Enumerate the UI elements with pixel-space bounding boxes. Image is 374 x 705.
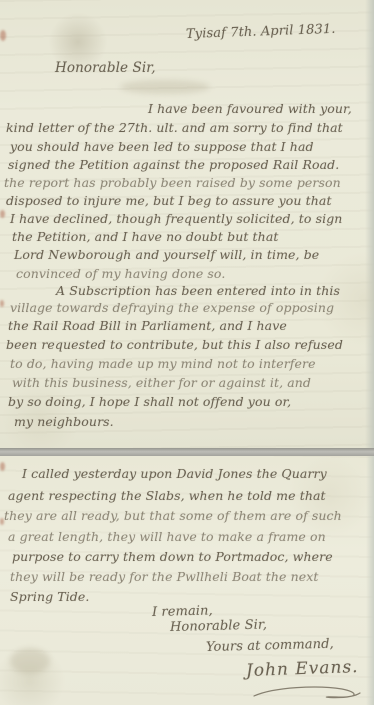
handwritten-line: I have declined, though frequently solic… bbox=[10, 211, 342, 226]
handwritten-line: by so doing, I hope I shall not offend y… bbox=[8, 394, 291, 409]
letter-scan: Tyisaf 7th. April 1831. Honorable Sir, I… bbox=[0, 0, 374, 705]
paper-stain bbox=[10, 648, 50, 674]
closing-line: I remain, bbox=[152, 603, 213, 620]
handwritten-line: the Petition, and I have no doubt but th… bbox=[12, 229, 279, 244]
handwritten-line: Lord Newborough and yourself will, in ti… bbox=[14, 247, 319, 262]
handwritten-line: they will be ready for the Pwllheli Boat… bbox=[10, 569, 319, 584]
paper-stain bbox=[120, 80, 210, 94]
ink-speck bbox=[0, 210, 5, 218]
handwritten-line: Spring Tide. bbox=[10, 589, 89, 604]
handwritten-line: convinced of my having done so. bbox=[16, 266, 225, 281]
handwritten-line: purpose to carry them down to Portmadoc,… bbox=[12, 549, 333, 564]
fold-band bbox=[0, 448, 374, 456]
signature-flourish-icon bbox=[252, 683, 364, 703]
salutation: Honorable Sir, bbox=[55, 60, 156, 76]
ink-speck bbox=[0, 30, 6, 41]
handwritten-line: a great length, they will have to make a… bbox=[8, 529, 326, 544]
handwritten-line: my neighbours. bbox=[14, 414, 114, 429]
handwritten-line: I called yesterday upon David Jones the … bbox=[22, 466, 327, 481]
ink-speck bbox=[0, 462, 5, 471]
handwritten-line: kind letter of the 27th. ult. and am sor… bbox=[6, 120, 343, 135]
handwritten-line: with this business, either for or agains… bbox=[12, 375, 311, 390]
handwritten-line: I have been favoured with your, bbox=[148, 101, 352, 116]
handwritten-line: to do, having made up my mind not to int… bbox=[10, 356, 316, 371]
handwritten-line: the report has probably been raised by s… bbox=[4, 175, 341, 190]
handwritten-line: you should have been led to suppose that… bbox=[10, 139, 314, 154]
handwritten-line: village towards defraying the expense of… bbox=[10, 300, 334, 315]
handwritten-line: A Subscription has been entered into in … bbox=[56, 283, 340, 298]
handwritten-line: disposed to injure me, but I beg to assu… bbox=[6, 193, 332, 208]
closing-line: Honorable Sir, bbox=[170, 617, 267, 635]
handwritten-line: the Rail Road Bill in Parliament, and I … bbox=[8, 318, 287, 333]
handwritten-line: been requested to contribute, but this I… bbox=[6, 337, 343, 352]
signature: John Evans. bbox=[246, 657, 359, 681]
handwritten-line: they are all ready, but that some of the… bbox=[4, 508, 342, 523]
handwritten-line: signed the Petition against the proposed… bbox=[8, 157, 339, 172]
ink-speck bbox=[0, 300, 4, 307]
handwritten-line: agent respecting the Slabs, when he told… bbox=[8, 488, 326, 503]
